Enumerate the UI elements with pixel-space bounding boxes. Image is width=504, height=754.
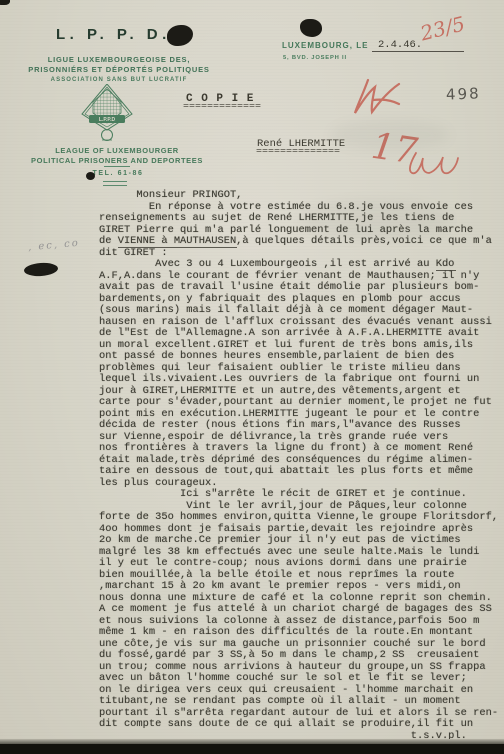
date-underline-rule bbox=[372, 51, 464, 52]
scanned-letter-page: L. P. P. D. LIGUE LUXEMBOURGEOISE DES, P… bbox=[0, 0, 504, 754]
org-abbreviation: L. P. P. D. bbox=[56, 26, 171, 43]
org-name-english: LEAGUE OF LUXEMBOURGER POLITICAL PRISONE… bbox=[6, 146, 228, 165]
addressee-underline: ============== bbox=[256, 148, 340, 156]
red-scribble-w bbox=[355, 80, 399, 113]
letter-body: Monsieur PRINGOT, En réponse à votre est… bbox=[99, 190, 498, 742]
letterhead-divider-top bbox=[104, 166, 130, 167]
copy-label-underline: ============= bbox=[183, 103, 261, 111]
red-flourish bbox=[410, 153, 458, 173]
typed-date: 2.4.46. bbox=[378, 39, 422, 51]
org-name-fr-line2: PRISONNIÉRS ET DÉPORTÉS POLITIQUES bbox=[14, 65, 224, 75]
ink-blot-left-margin bbox=[24, 262, 59, 277]
lppd-logo: L.P.P.D bbox=[78, 84, 136, 142]
org-name-en-line2: POLITICAL PRISONERS AND DEPORTEES bbox=[6, 156, 228, 166]
ink-blot-over-d bbox=[167, 25, 193, 46]
red-fraction-note: 23/5 bbox=[417, 11, 467, 45]
telephone-number: TEL. 61-86 bbox=[62, 170, 174, 177]
association-subtitle: ASSOCIATION SANS BUT LUCRATIF bbox=[14, 76, 224, 84]
org-name-fr-line1: LIGUE LUXEMBOURGEOISE DES, bbox=[14, 55, 224, 65]
logo-banner-text: L.P.P.D bbox=[99, 117, 116, 123]
org-name-french: LIGUE LUXEMBOURGEOISE DES, PRISONNIÉRS E… bbox=[14, 55, 224, 84]
scan-corner-mark bbox=[0, 0, 10, 5]
org-name-en-line1: LEAGUE OF LUXEMBOURGER bbox=[6, 146, 228, 156]
underline-vienne-mauthausen bbox=[118, 247, 237, 248]
pencil-margin-note: , ec, co bbox=[28, 238, 81, 253]
file-number-stamp: 498 bbox=[446, 84, 481, 103]
underline-kdo bbox=[436, 270, 456, 271]
logo-seal-circle bbox=[102, 130, 113, 141]
scan-bottom-edge bbox=[0, 744, 504, 754]
dateline-place: LUXEMBOURG, LE bbox=[282, 41, 368, 50]
letterhead-address: 5, BVD. JOSEPH II bbox=[283, 55, 347, 61]
bleedthrough-smudge bbox=[330, 120, 450, 150]
bleedthrough-smudge bbox=[300, 200, 450, 240]
ink-dot-near-tel bbox=[86, 172, 95, 180]
ink-blot-top-center bbox=[300, 19, 322, 37]
letterhead-divider-bottom bbox=[103, 181, 127, 186]
